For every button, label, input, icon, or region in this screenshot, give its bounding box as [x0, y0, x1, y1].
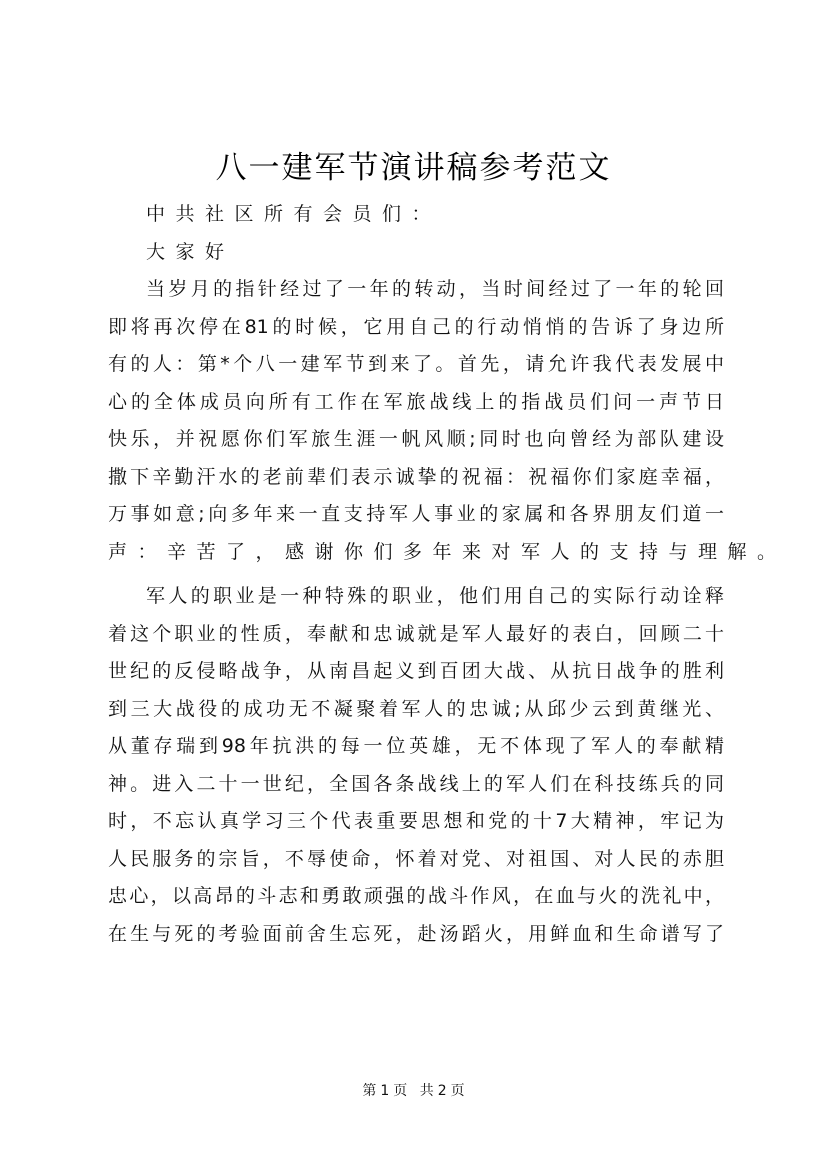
text-line: 即将再次停在81的时候，它用自己的行动悄悄的告诉了身边所 [108, 309, 724, 347]
text-line: 有的人：第*个八一建军节到来了。首先，请允许我代表发展中 [108, 346, 724, 384]
text-line: 从董存瑞到98年抗洪的每一位英雄，无不体现了军人的奉献精 [108, 728, 724, 766]
text-line: 人民服务的宗旨，不辱使命，怀着对党、对祖国、对人民的赤胆 [108, 841, 724, 879]
paragraph-2: 军人的职业是一种特殊的职业，他们用自己的实际行动诠释 着这个职业的性质，奉献和忠… [108, 578, 724, 953]
document-page: 八一建军节演讲稿参考范文 中共社区所有会员们： 大家好 当岁月的指针经过了一年的… [0, 0, 827, 1170]
document-title: 八一建军节演讲稿参考范文 [0, 148, 827, 188]
total-pages-label: 共2页 [418, 1083, 467, 1099]
salutation: 中共社区所有会员们： [108, 196, 724, 234]
text-line: 心的全体成员向所有工作在军旅战线上的指战员们问一声节日 [108, 384, 724, 422]
text-line: 当岁月的指针经过了一年的转动，当时间经过了一年的轮回 [108, 271, 724, 309]
text-line: 到三大战役的成功无不凝聚着军人的忠诚;从邱少云到黄继光、 [108, 691, 724, 729]
total-pages-number: 2 [438, 1083, 447, 1099]
text-line: 军人的职业是一种特殊的职业，他们用自己的实际行动诠释 [108, 578, 724, 616]
total-suffix: 页 [451, 1083, 465, 1099]
total-prefix: 共 [420, 1083, 434, 1099]
greeting: 大家好 [108, 234, 724, 272]
text-line: 声：辛苦了，感谢你们多年来对军人的支持与理解。 [108, 534, 724, 572]
page-prefix: 第 [362, 1083, 376, 1099]
document-body: 中共社区所有会员们： 大家好 当岁月的指针经过了一年的转动，当时间经过了一年的轮… [108, 196, 724, 953]
text-line: 万事如意;向多年来一直支持军人事业的家属和各界朋友们道一 [108, 496, 724, 534]
page-footer: 第1页 共2页 [0, 1082, 827, 1100]
text-line: 在生与死的考验面前舍生忘死，赴汤蹈火，用鲜血和生命谱写了 [108, 916, 724, 954]
text-line: 快乐，并祝愿你们军旅生涯一帆风顺;同时也向曾经为部队建设 [108, 421, 724, 459]
text-line: 撒下辛勤汗水的老前辈们表示诚挚的祝福：祝福你们家庭幸福， [108, 459, 724, 497]
page-number-label: 第1页 [360, 1083, 409, 1099]
text-line: 时，不忘认真学习三个代表重要思想和党的十7大精神，牢记为 [108, 803, 724, 841]
text-line: 神。进入二十一世纪，全国各条战线上的军人们在科技练兵的同 [108, 766, 724, 804]
paragraph-1: 当岁月的指针经过了一年的转动，当时间经过了一年的轮回 即将再次停在81的时候，它… [108, 271, 724, 571]
page-suffix: 页 [393, 1083, 407, 1099]
text-line: 忠心，以高昂的斗志和勇敢顽强的战斗作风，在血与火的洗礼中， [108, 878, 724, 916]
current-page-number: 1 [380, 1083, 389, 1099]
text-line: 世纪的反侵略战争，从南昌起义到百团大战、从抗日战争的胜利 [108, 653, 724, 691]
paragraph-spacer [108, 571, 724, 578]
text-line: 着这个职业的性质，奉献和忠诚就是军人最好的表白，回顾二十 [108, 616, 724, 654]
